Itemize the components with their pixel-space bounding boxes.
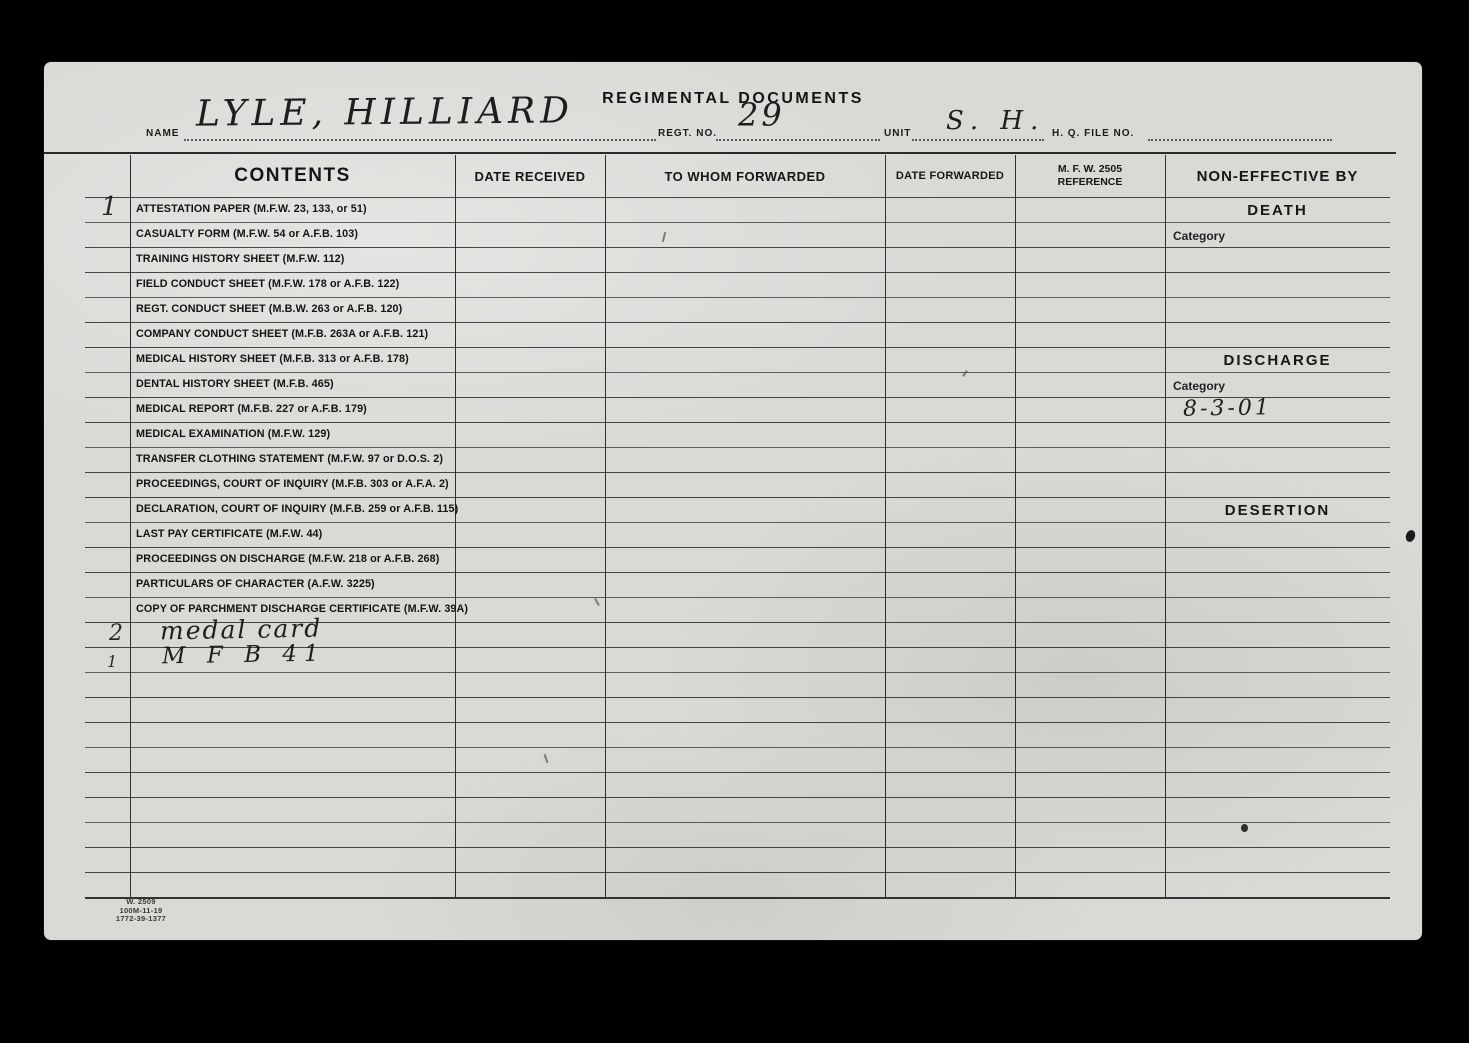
grid-hline — [85, 747, 1390, 748]
grid-hline — [85, 397, 1390, 398]
contents-row-label: DENTAL HISTORY SHEET (M.F.B. 465) — [136, 378, 334, 390]
contents-row-label: MEDICAL EXAMINATION (M.F.W. 129) — [136, 428, 330, 440]
discharge-category-label: Category — [1173, 379, 1225, 393]
contents-row-label: PROCEEDINGS, COURT OF INQUIRY (M.F.B. 30… — [136, 478, 449, 490]
form-number-line3: 1772-39-1377 — [102, 915, 180, 924]
grid-vline — [455, 155, 456, 897]
grid-vline — [605, 155, 606, 897]
grid-hline — [85, 722, 1390, 723]
contents-row-label: COPY OF PARCHMENT DISCHARGE CERTIFICATE … — [136, 603, 468, 615]
regt-no-label: REGT. NO. — [658, 128, 717, 139]
unit-value: S. H. — [946, 106, 1045, 136]
mfw-reference-line1: M. F. W. 2505 — [1058, 163, 1122, 176]
header-rule — [44, 152, 1396, 154]
grid-hline — [85, 322, 1390, 323]
death-stamp: DEATH — [1165, 202, 1390, 219]
death-category-label: Category — [1173, 229, 1225, 243]
column-header-to-whom-forwarded: TO WHOM FORWARDED — [605, 155, 885, 197]
regt-no-value: 29 — [738, 96, 785, 134]
grid-hline — [85, 797, 1390, 798]
name-label: NAME — [146, 128, 179, 139]
grid-hline — [85, 247, 1390, 248]
handwritten-mfb-41: M F B 41 — [162, 641, 326, 670]
grid-hline — [85, 647, 1390, 648]
scan-speck — [1404, 529, 1417, 543]
name-value: Lyle, Hilliard — [196, 90, 574, 134]
scan-background: REGIMENTAL DOCUMENTS NAME Lyle, Hilliard… — [0, 0, 1469, 1043]
hq-file-no-label: H. Q. FILE NO. — [1052, 128, 1134, 139]
discharge-stamp: DISCHARGE — [1165, 352, 1390, 369]
regt-no-underline — [716, 138, 880, 141]
grid-hline — [85, 622, 1390, 623]
hq-file-no-underline — [1148, 138, 1332, 141]
unit-label: UNIT — [884, 128, 911, 139]
unit-underline — [912, 138, 1044, 141]
column-header-mfw-reference: M. F. W. 2505 REFERENCE — [1015, 155, 1165, 197]
name-underline — [184, 138, 656, 141]
grid-hline — [85, 897, 1390, 899]
document-paper: REGIMENTAL DOCUMENTS NAME Lyle, Hilliard… — [44, 62, 1422, 940]
scan-speck — [1241, 824, 1248, 832]
desertion-stamp: DESERTION — [1165, 502, 1390, 519]
grid-vline — [130, 155, 131, 897]
column-header-contents: CONTENTS — [130, 155, 455, 197]
contents-row-label: FIELD CONDUCT SHEET (M.F.W. 178 or A.F.B… — [136, 278, 399, 290]
grid-hline — [85, 772, 1390, 773]
grid-hline — [85, 522, 1390, 523]
margin-mark-medal-card: 2 — [109, 621, 123, 646]
mfw-reference-line2: REFERENCE — [1058, 176, 1123, 189]
column-header-date-forwarded: DATE FORWARDED — [885, 155, 1015, 197]
grid-hline — [85, 847, 1390, 848]
contents-row-label: DECLARATION, COURT OF INQUIRY (M.F.B. 25… — [136, 503, 458, 515]
grid-hline — [85, 372, 1390, 373]
grid-hline — [85, 447, 1390, 448]
contents-row-label: LAST PAY CERTIFICATE (M.F.W. 44) — [136, 528, 322, 540]
table-grid: CONTENTS DATE RECEIVED TO WHOM FORWARDED… — [85, 155, 1390, 897]
grid-vline — [1165, 155, 1166, 897]
contents-row-label: ATTESTATION PAPER (M.F.W. 23, 133, or 51… — [136, 203, 367, 215]
form-number-block: W. 2509 100M-11-19 1772-39-1377 — [102, 898, 180, 924]
grid-hline — [85, 472, 1390, 473]
grid-hline — [85, 497, 1390, 498]
grid-hline — [85, 422, 1390, 423]
contents-row-label: TRANSFER CLOTHING STATEMENT (M.F.W. 97 o… — [136, 453, 443, 465]
grid-vline — [885, 155, 886, 897]
contents-row-label: MEDICAL REPORT (M.F.B. 227 or A.F.B. 179… — [136, 403, 367, 415]
contents-row-label: REGT. CONDUCT SHEET (M.B.W. 263 or A.F.B… — [136, 303, 402, 315]
column-header-non-effective-by: NON-EFFECTIVE BY — [1165, 155, 1390, 197]
grid-hline — [85, 347, 1390, 348]
grid-hline — [85, 697, 1390, 698]
grid-hline — [85, 197, 1390, 198]
grid-hline — [85, 597, 1390, 598]
contents-row-label: PARTICULARS OF CHARACTER (A.F.W. 3225) — [136, 578, 375, 590]
grid-hline — [85, 822, 1390, 823]
grid-vline — [1015, 155, 1016, 897]
discharge-date-handwritten: 8-3-01 — [1183, 395, 1272, 422]
contents-row-label: TRAINING HISTORY SHEET (M.F.W. 112) — [136, 253, 344, 265]
grid-hline — [85, 872, 1390, 873]
column-header-date-received: DATE RECEIVED — [455, 155, 605, 197]
grid-hline — [85, 572, 1390, 573]
grid-hline — [85, 297, 1390, 298]
grid-hline — [85, 222, 1390, 223]
contents-row-label: CASUALTY FORM (M.F.W. 54 or A.F.B. 103) — [136, 228, 358, 240]
contents-row-label: COMPANY CONDUCT SHEET (M.F.B. 263A or A.… — [136, 328, 428, 340]
grid-hline — [85, 272, 1390, 273]
margin-mark-mfb: 1 — [107, 652, 117, 671]
grid-hline — [85, 547, 1390, 548]
contents-row-label: MEDICAL HISTORY SHEET (M.F.B. 313 or A.F… — [136, 353, 409, 365]
grid-hline — [85, 672, 1390, 673]
contents-row-label: PROCEEDINGS ON DISCHARGE (M.F.W. 218 or … — [136, 553, 439, 565]
